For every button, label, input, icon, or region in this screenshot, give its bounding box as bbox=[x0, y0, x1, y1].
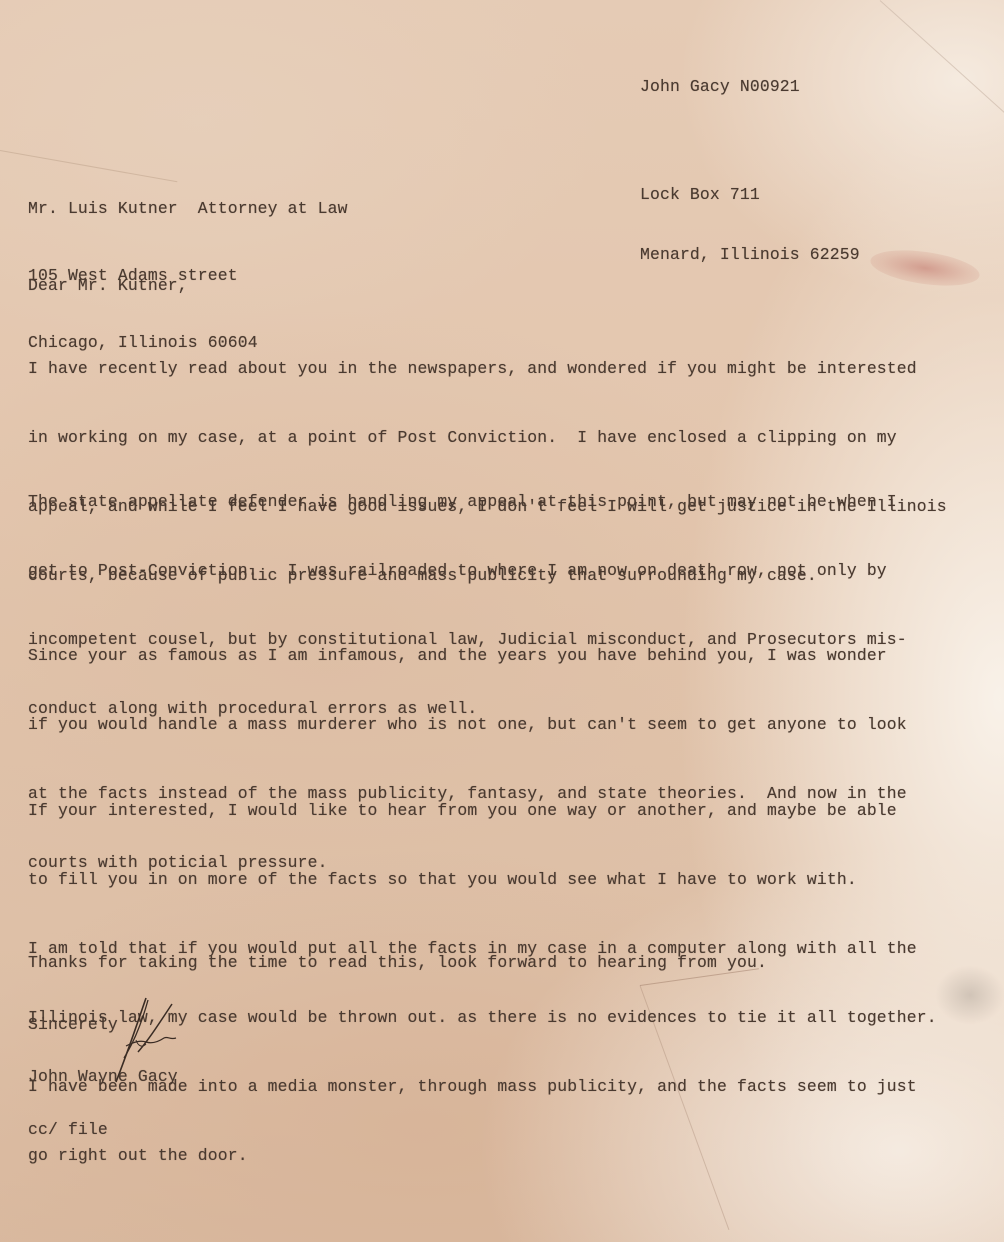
sender-name: John Gacy N00921 bbox=[640, 76, 860, 98]
text-line: get to Post-Conviction. I was railroaded… bbox=[28, 555, 907, 586]
text-line: to fill you in on more of the facts so t… bbox=[28, 864, 937, 895]
text-line: The state appellate defender is handling… bbox=[28, 486, 907, 517]
sender-address-line: Lock Box 711 bbox=[640, 184, 860, 206]
text-line: I have recently read about you in the ne… bbox=[28, 353, 947, 384]
closing: Sincerely bbox=[28, 1015, 118, 1034]
body-paragraph-4: If your interested, I would like to hear… bbox=[28, 757, 937, 1190]
spacer bbox=[640, 136, 860, 146]
recipient-line: Mr. Luis Kutner Attorney at Law bbox=[28, 194, 348, 223]
cc-line: cc/ file bbox=[28, 1120, 108, 1139]
text-line: go right out the door. bbox=[28, 1140, 937, 1171]
text-line: Since your as famous as I am infamous, a… bbox=[28, 640, 907, 671]
text-line: If your interested, I would like to hear… bbox=[28, 795, 937, 826]
stain-mark bbox=[935, 965, 1004, 1025]
sender-address-block: John Gacy N00921 Lock Box 711 Menard, Il… bbox=[640, 38, 860, 285]
sender-address-line: Menard, Illinois 62259 bbox=[640, 244, 860, 266]
signed-name: John Wayne Gacy bbox=[28, 1067, 178, 1086]
text-line: if you would handle a mass murderer who … bbox=[28, 709, 907, 740]
thanks-line: Thanks for taking the time to read this,… bbox=[28, 953, 767, 972]
salutation: Dear Mr. Kutner, bbox=[28, 276, 188, 295]
